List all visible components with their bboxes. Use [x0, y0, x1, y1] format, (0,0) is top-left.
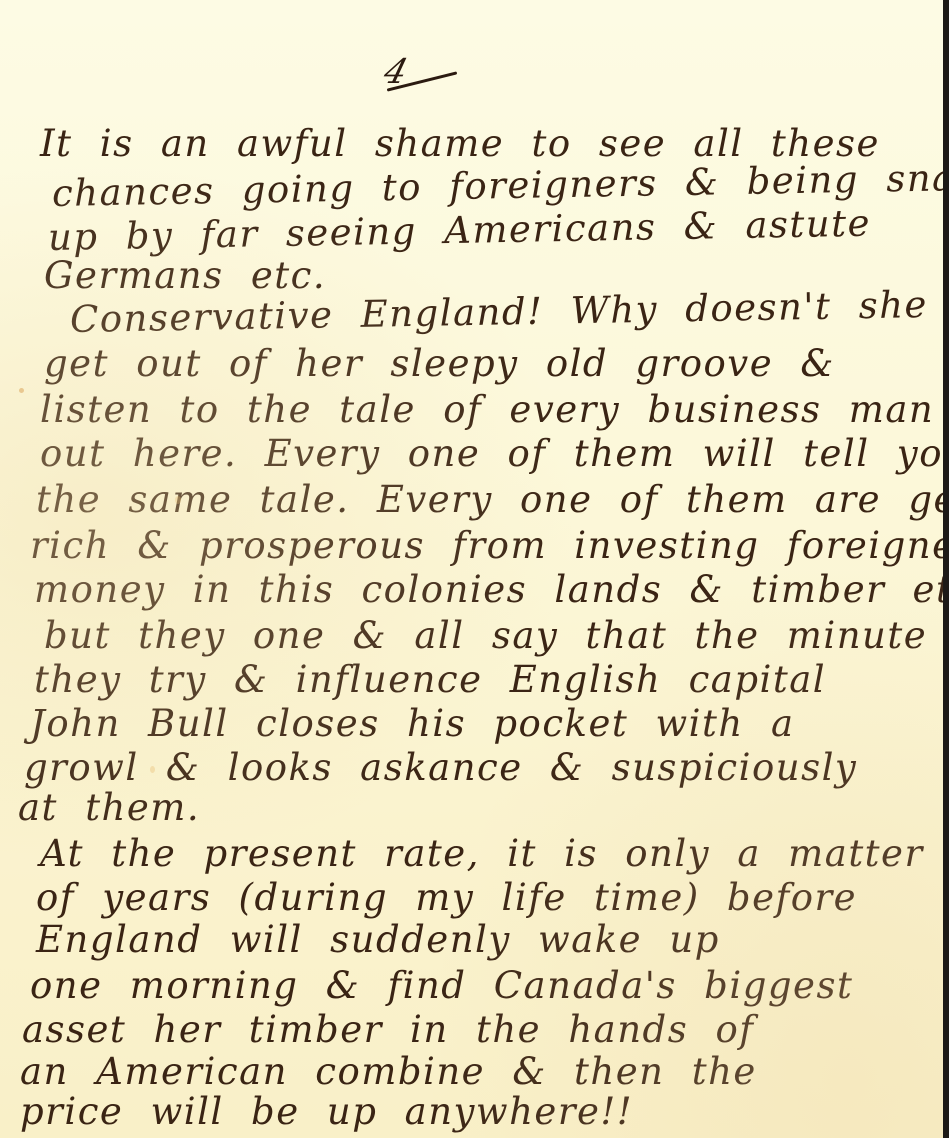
- text-line: listen to the tale of every business man: [40, 388, 934, 431]
- page-edge: [943, 0, 949, 1138]
- text-line: get out of her sleepy old groove &: [44, 342, 835, 385]
- ink-stain: [19, 388, 24, 393]
- text-line: but they one & all say that the minute: [44, 614, 927, 657]
- text-line: growl & looks askance & suspiciously: [24, 746, 857, 789]
- text-line: the same tale. Every one of them are get…: [36, 478, 943, 521]
- text-line: one morning & find Canada's biggest: [30, 964, 853, 1007]
- text-line: out here. Every one of them will tell yo…: [40, 432, 943, 475]
- letter-page: 4 It is an awful shame to see all these …: [0, 0, 943, 1138]
- text-line: at them.: [18, 786, 200, 829]
- text-line: price will be up anywhere!!: [20, 1090, 633, 1133]
- text-line: Germans etc.: [44, 254, 326, 297]
- text-line: It is an awful shame to see all these: [40, 122, 880, 165]
- text-line: At the present rate, it is only a matter: [40, 832, 924, 875]
- text-line: John Bull closes his pocket with a: [30, 702, 795, 745]
- text-line: money in this colonies lands & timber et…: [34, 568, 943, 611]
- text-line: England will suddenly wake up: [36, 918, 720, 961]
- text-line: of years (during my life time) before: [36, 876, 857, 919]
- text-line: an American combine & then the: [20, 1050, 757, 1093]
- ink-stain: [150, 766, 155, 773]
- text-line: rich & prosperous from investing foreign…: [30, 524, 943, 567]
- text-line: asset her timber in the hands of: [22, 1008, 754, 1051]
- ink-stain: [175, 496, 181, 504]
- text-line: they try & influence English capital: [34, 658, 826, 701]
